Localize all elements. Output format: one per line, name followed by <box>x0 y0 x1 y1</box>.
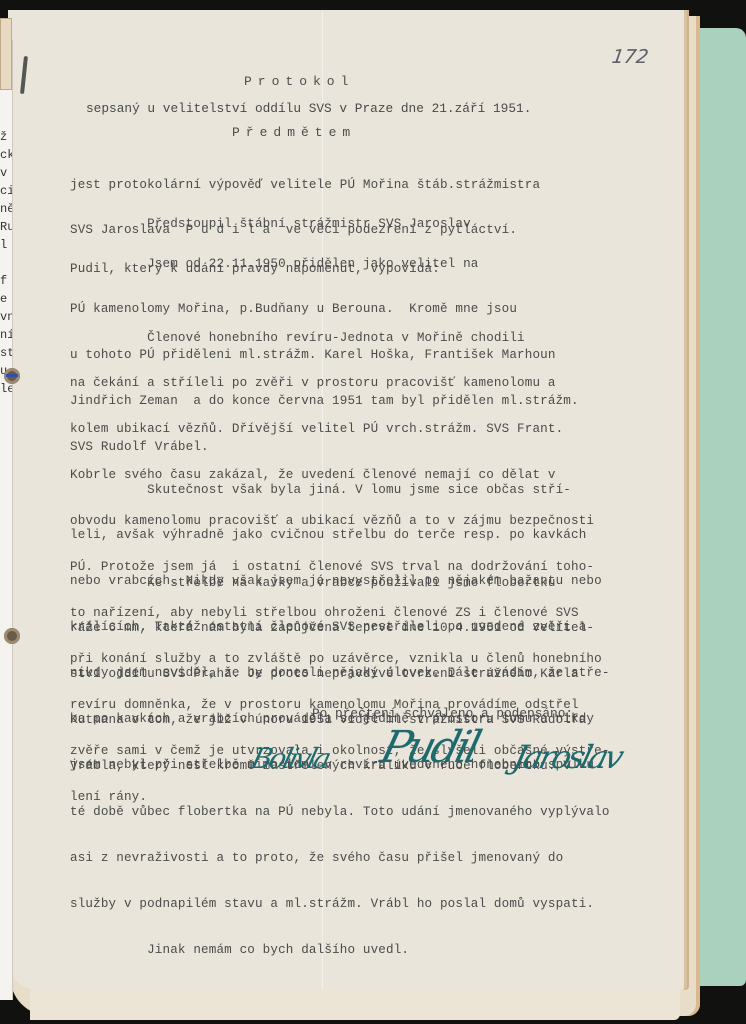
adjacent-page-fragment: ž <box>0 128 12 146</box>
signature-surname: Pudil <box>376 722 483 773</box>
text-line: na čekání a stříleli po zvěři v prostoru… <box>70 376 610 391</box>
text-line: ství oddílu SVS Praha. Je proto nepravdi… <box>70 667 610 682</box>
heading-line: sepsaný u velitelství oddílu SVS v Praze… <box>86 101 531 116</box>
adjacent-page-text: žckvciněRul fevnnístule <box>0 128 12 398</box>
adjacent-page-strip: žckvciněRul fevnnístule <box>0 40 13 1000</box>
text-line: služby v podnapilém stavu a ml.strážm. V… <box>70 897 610 912</box>
text-line: Jinak nemám co bych dalšího uvedl. <box>70 943 610 958</box>
approval-line: Po přečtení schváleno a podepsáno: <box>312 706 573 721</box>
punch-hole-icon <box>4 368 20 384</box>
signature-firstname: Jaroslav <box>509 738 625 776</box>
adjacent-page-fragment: v <box>0 164 12 182</box>
text-line: ráže 6 mm, která nám byla zapůjčena tepr… <box>70 621 610 636</box>
page-tab <box>0 18 12 90</box>
adjacent-page-fragment: vn <box>0 308 12 326</box>
text-line: asi z nevraživosti a to proto, že svého … <box>70 851 610 866</box>
adjacent-page-fragment: l <box>0 236 12 254</box>
text-line: té době vůbec flobertka na PÚ nebyla. To… <box>70 805 610 820</box>
adjacent-page-fragment: st <box>0 344 12 362</box>
text-line: Skutečnost však byla jiná. V lomu jsme s… <box>70 483 610 498</box>
adjacent-page-fragment: e <box>0 290 12 308</box>
document-title: Protokol <box>244 74 354 89</box>
binding-ribbon <box>6 374 18 377</box>
adjacent-page-fragment: ck <box>0 146 12 164</box>
punch-hole-icon <box>4 628 20 644</box>
subject-label: Předmětem <box>232 125 356 140</box>
page-number: 172 <box>610 46 649 68</box>
adjacent-page-fragment: Ru <box>0 218 12 236</box>
adjacent-page-fragment <box>0 254 12 272</box>
text-line: leli, avšak výhradně jako cvičnou střelb… <box>70 528 610 543</box>
adjacent-page-fragment: ně <box>0 200 12 218</box>
text-line: Jsem od 22.11.1950 přidělen jako velitel… <box>70 257 579 272</box>
text-line: Členové honebního revíru-Jednota v Mořin… <box>70 331 610 346</box>
adjacent-page-fragment: ní <box>0 326 12 344</box>
adjacent-page-fragment: ci <box>0 182 12 200</box>
witness-signature: Bolivla <box>248 742 332 775</box>
text-line: Ke střelbě na kavky a vrabce používali j… <box>70 576 610 591</box>
text-line: kolem ubikací vězňů. Dřívější velitel PÚ… <box>70 422 610 437</box>
adjacent-page-fragment: f <box>0 272 12 290</box>
